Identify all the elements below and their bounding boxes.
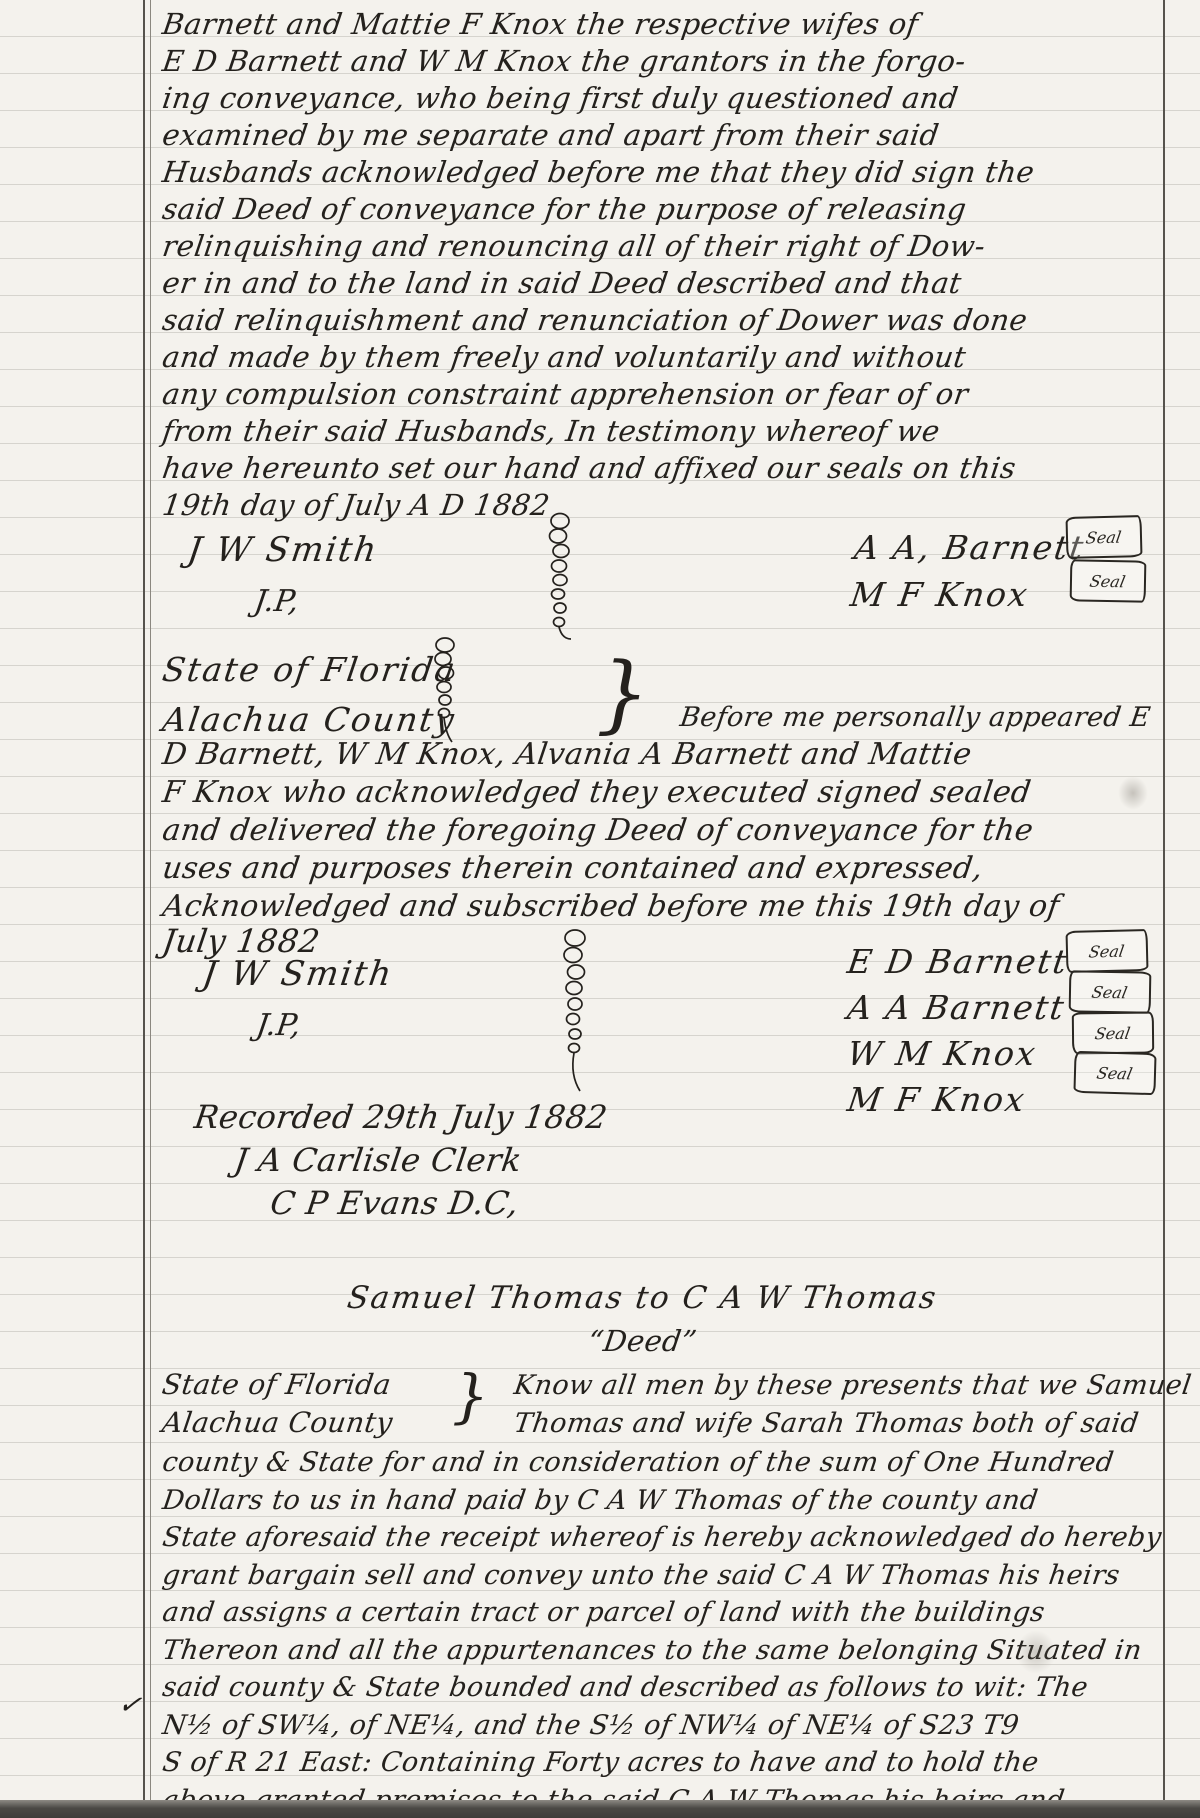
witness-signature-jw-smith: J W Smith	[200, 954, 396, 994]
grantor-signature: M F Knox	[845, 1080, 1029, 1119]
deed1-text-line: said relinquishment and renunciation of …	[160, 302, 1045, 339]
ack-intro-line: Before me personally appeared E	[678, 702, 1153, 733]
deed1-text-line: examined by me separate and apart from t…	[160, 117, 1045, 154]
deed2-legal-description-line: N½ of SW¼, of NE¼, and the S½ of NW¼ of …	[160, 1707, 1165, 1745]
coil-flourish	[556, 928, 594, 1096]
deed2-title-row: Samuel Thomas to C A W Thomas	[160, 1280, 1120, 1316]
recording-date-line: Recorded 29th July 1882	[192, 1098, 610, 1136]
deed2-text-line: said county & State bounded and describe…	[160, 1669, 1165, 1707]
ack-body: D Barnett, W M Knox, Alvania A Barnett a…	[160, 736, 1060, 926]
clerk-signature: J A Carlisle Clerk	[232, 1141, 524, 1179]
seal-stamp: Seal	[1070, 559, 1147, 602]
deed1-text-line: ing conveyance, who being first duly que…	[160, 80, 1045, 117]
seal-label: Seal	[1085, 527, 1123, 547]
left-margin-line-inner	[150, 0, 151, 1800]
deed1-text-line: E D Barnett and W M Knox the grantors in…	[160, 43, 1045, 80]
ack-text-line: Acknowledged and subscribed before me th…	[160, 888, 1065, 926]
deed2-subtitle-row: “Deed”	[160, 1324, 1120, 1358]
scan-smudge	[1118, 776, 1148, 810]
page-bottom-edge	[0, 1800, 1200, 1818]
seal-stamp: Seal	[1065, 515, 1142, 559]
deed2-title: Samuel Thomas to C A W Thomas	[345, 1280, 940, 1316]
coil-flourish	[542, 512, 578, 644]
margin-check-mark: ✓	[116, 1686, 144, 1722]
ack-county-heading: Alachua County	[160, 700, 458, 739]
ack-text-line: uses and purposes therein contained and …	[160, 850, 1065, 888]
ack-state-heading: State of Florida	[160, 650, 459, 689]
witness-title-jp: J.P,	[252, 584, 301, 619]
seal-label: Seal	[1096, 1063, 1135, 1083]
deed2-text-line: Know all men by these presents that we S…	[512, 1370, 1193, 1401]
seal-stamp: Seal	[1073, 1051, 1156, 1095]
deed1-text-line: er in and to the land in said Deed descr…	[160, 265, 1045, 302]
deed2-text-line: county & State for and in consideration …	[160, 1444, 1165, 1482]
deed2-text-line: State aforesaid the receipt whereof is h…	[160, 1519, 1165, 1557]
witness-signature-jw-smith: J W Smith	[185, 530, 381, 570]
deed1-body: Barnett and Mattie F Knox the respective…	[160, 6, 1040, 524]
deed2-county-heading: Alachua County	[160, 1406, 395, 1439]
deed2-text-line: grant bargain sell and convey unto the s…	[160, 1557, 1165, 1595]
ack-text-line: D Barnett, W M Knox, Alvania A Barnett a…	[160, 736, 1065, 774]
deed2-state-heading: State of Florida	[160, 1368, 393, 1401]
deed2-text-line: Dollars to us in hand paid by C A W Thom…	[160, 1482, 1165, 1520]
seal-stamp: Seal	[1065, 929, 1148, 973]
seal-label: Seal	[1088, 941, 1126, 961]
heading-brace: }	[596, 644, 649, 742]
witness-title-jp: J.P,	[254, 1008, 303, 1043]
grantor-signature: A A Barnett	[845, 988, 1068, 1027]
deed1-text-line: said Deed of conveyance for the purpose …	[160, 191, 1045, 228]
deed1-text-line: and made by them freely and voluntarily …	[160, 339, 1045, 376]
grantor-signature: W M Knox	[845, 1034, 1040, 1073]
deed2-text-line: Thomas and wife Sarah Thomas both of sai…	[512, 1408, 1141, 1439]
scanned-deed-page: Barnett and Mattie F Knox the respective…	[0, 0, 1200, 1818]
seal-stamp: Seal	[1069, 970, 1152, 1013]
seal-label: Seal	[1094, 1023, 1132, 1042]
grantor-signature: M F Knox	[848, 575, 1032, 614]
heading-brace: }	[452, 1362, 489, 1430]
deputy-clerk-signature: C P Evans D.C,	[268, 1184, 521, 1222]
deed2-body: county & State for and in consideration …	[160, 1444, 1160, 1818]
deed1-text-line: any compulsion constraint apprehension o…	[160, 376, 1045, 413]
deed2-text-line: and assigns a certain tract or parcel of…	[160, 1594, 1165, 1632]
seal-label: Seal	[1091, 982, 1130, 1002]
deed1-text-line: Husbands acknowledged before me that the…	[160, 154, 1045, 191]
deed2-text-line: Thereon and all the appurtenances to the…	[160, 1632, 1165, 1670]
deed1-text-line: relinquishing and renouncing all of thei…	[160, 228, 1045, 265]
seal-stamp: Seal	[1072, 1012, 1154, 1055]
deed2-subtitle: “Deed”	[586, 1324, 699, 1358]
left-margin-line	[143, 0, 145, 1800]
grantor-signature: A A, Barnett	[852, 528, 1088, 567]
deed1-text-line: Barnett and Mattie F Knox the respective…	[160, 6, 1045, 43]
deed1-date-line: 19th day of July A D 1882	[160, 487, 1045, 524]
deed1-text-line: have hereunto set our hand and affixed o…	[160, 450, 1045, 487]
deed2-text-line: S of R 21 East: Containing Forty acres t…	[160, 1744, 1165, 1782]
ack-text-line: F Knox who acknowledged they executed si…	[160, 774, 1065, 812]
grantor-signature: E D Barnett	[845, 942, 1071, 981]
deed1-text-line: from their said Husbands, In testimony w…	[160, 413, 1045, 450]
seal-label: Seal	[1089, 571, 1128, 591]
ack-text-line: and delivered the foregoing Deed of conv…	[160, 812, 1065, 850]
